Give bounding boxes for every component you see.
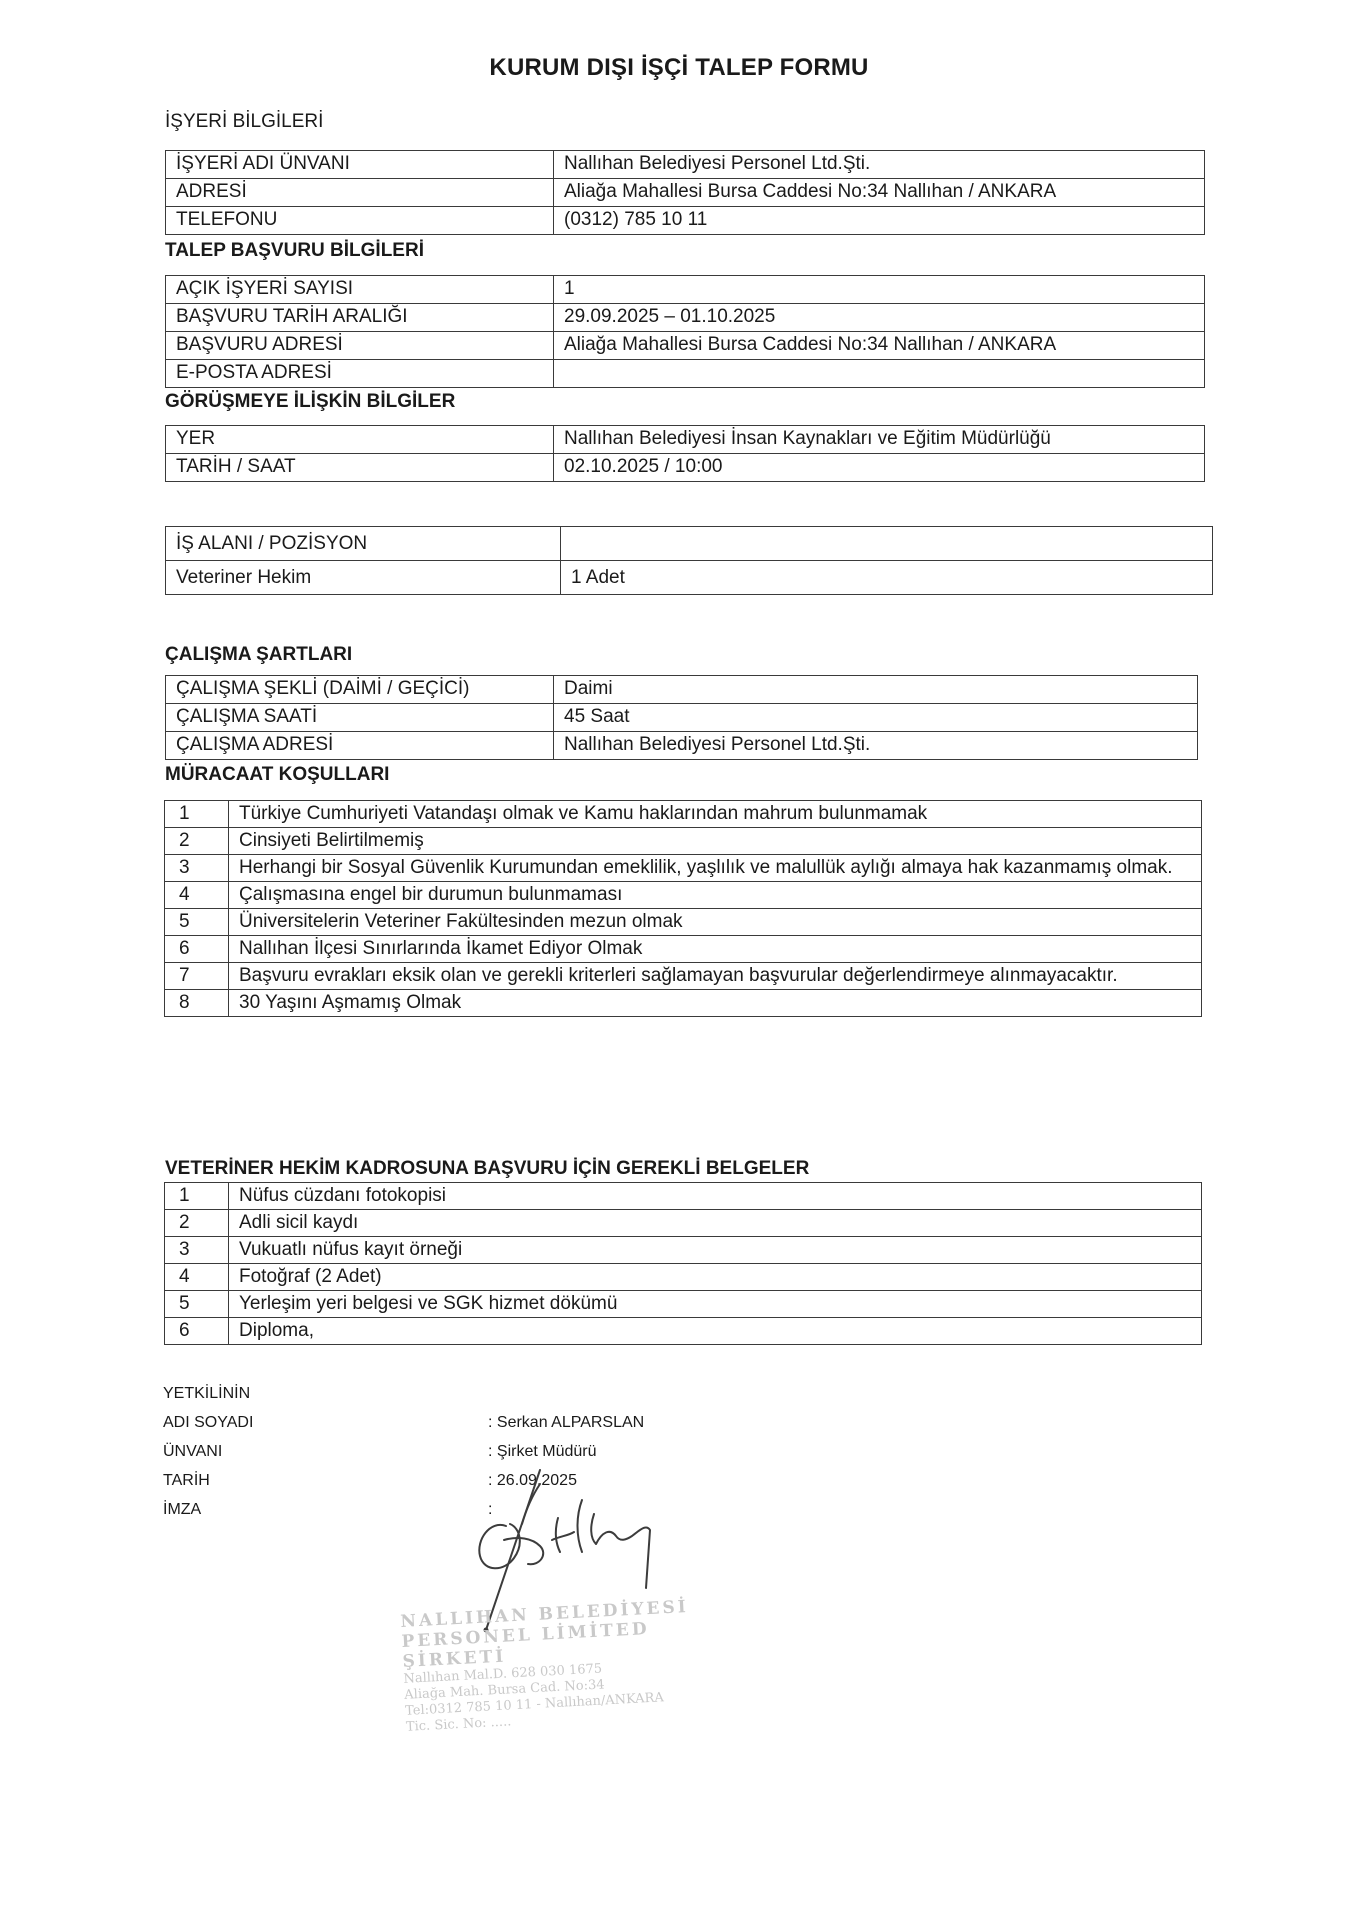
positions-header-value — [561, 527, 1213, 561]
table-row: E-POSTA ADRESİ — [166, 360, 1205, 388]
table-row: BAŞVURU ADRESİ Aliağa Mahallesi Bursa Ca… — [166, 332, 1205, 360]
table-header-row: İŞ ALANI / POZİSYON — [166, 527, 1213, 561]
interview-heading: GÖRÜŞMEYE İLİŞKİN BİLGİLER — [165, 391, 455, 413]
item-number: 4 — [165, 882, 229, 909]
item-text: 30 Yaşını Aşmamış Olmak — [229, 990, 1202, 1017]
row-value: Nallıhan Belediyesi Personel Ltd.Şti. — [554, 732, 1198, 760]
table-row: 6 Nallıhan İlçesi Sınırlarında İkamet Ed… — [165, 936, 1202, 963]
table-row: ÇALIŞMA ADRESİ Nallıhan Belediyesi Perso… — [166, 732, 1198, 760]
documents-table: 1 Nüfus cüzdanı fotokopisi 2 Adli sicil … — [164, 1182, 1202, 1345]
row-label: YER — [166, 426, 554, 454]
row-label: ÇALIŞMA SAATİ — [166, 704, 554, 732]
item-number: 2 — [165, 828, 229, 855]
title-label: ÜNVANI — [163, 1443, 222, 1461]
item-number: 3 — [165, 1237, 229, 1264]
row-label: ADRESİ — [166, 179, 554, 207]
item-number: 7 — [165, 963, 229, 990]
row-label: BAŞVURU ADRESİ — [166, 332, 554, 360]
row-label: AÇIK İŞYERİ SAYISI — [166, 276, 554, 304]
workplace-table: İŞYERİ ADI ÜNVANI Nallıhan Belediyesi Pe… — [165, 150, 1205, 235]
row-label: TARİH / SAAT — [166, 454, 554, 482]
item-text: Vukuatlı nüfus kayıt örneği — [229, 1237, 1202, 1264]
table-row: 4 Çalışmasına engel bir durumun bulunmam… — [165, 882, 1202, 909]
row-label: ÇALIŞMA ADRESİ — [166, 732, 554, 760]
item-number: 4 — [165, 1264, 229, 1291]
table-row: 4 Fotoğraf (2 Adet) — [165, 1264, 1202, 1291]
documents-heading: VETERİNER HEKİM KADROSUNA BAŞVURU İÇİN G… — [165, 1158, 809, 1180]
positions-header-label: İŞ ALANI / POZİSYON — [166, 527, 561, 561]
item-text: Fotoğraf (2 Adet) — [229, 1264, 1202, 1291]
application-table: AÇIK İŞYERİ SAYISI 1 BAŞVURU TARİH ARALI… — [165, 275, 1205, 388]
positions-table: İŞ ALANI / POZİSYON Veteriner Hekim 1 Ad… — [165, 526, 1213, 595]
table-row: 5 Üniversitelerin Veteriner Fakültesinde… — [165, 909, 1202, 936]
requirements-heading: MÜRACAAT KOŞULLARI — [165, 764, 389, 786]
table-row: 2 Cinsiyeti Belirtilmemiş — [165, 828, 1202, 855]
item-text: Çalışmasına engel bir durumun bulunmamas… — [229, 882, 1202, 909]
form-title: KURUM DIŞI İŞÇİ TALEP FORMU — [0, 54, 1358, 82]
row-value: Nallıhan Belediyesi Personel Ltd.Şti. — [554, 151, 1205, 179]
row-label: ÇALIŞMA ŞEKLİ (DAİMİ / GEÇİCİ) — [166, 676, 554, 704]
item-number: 6 — [165, 1318, 229, 1345]
row-value: Nallıhan Belediyesi İnsan Kaynakları ve … — [554, 426, 1205, 454]
row-label: BAŞVURU TARİH ARALIĞI — [166, 304, 554, 332]
table-row: TARİH / SAAT 02.10.2025 / 10:00 — [166, 454, 1205, 482]
position-count: 1 Adet — [561, 561, 1213, 595]
company-stamp: NALLIHAN BELEDİYESİ PERSONEL LİMİTED ŞİR… — [400, 1595, 736, 1736]
table-row: ÇALIŞMA SAATİ 45 Saat — [166, 704, 1198, 732]
table-row: BAŞVURU TARİH ARALIĞI 29.09.2025 – 01.10… — [166, 304, 1205, 332]
working-conditions-table: ÇALIŞMA ŞEKLİ (DAİMİ / GEÇİCİ) Daimi ÇAL… — [165, 675, 1198, 760]
working-conditions-heading: ÇALIŞMA ŞARTLARI — [165, 644, 352, 666]
table-row: 1 Nüfus cüzdanı fotokopisi — [165, 1183, 1202, 1210]
table-row: 8 30 Yaşını Aşmamış Olmak — [165, 990, 1202, 1017]
table-row: 3 Herhangi bir Sosyal Güvenlik Kurumunda… — [165, 855, 1202, 882]
table-row: 6 Diploma, — [165, 1318, 1202, 1345]
table-row: 7 Başvuru evrakları eksik olan ve gerekl… — [165, 963, 1202, 990]
row-value — [554, 360, 1205, 388]
table-row: TELEFONU (0312) 785 10 11 — [166, 207, 1205, 235]
item-number: 5 — [165, 1291, 229, 1318]
item-text: Adli sicil kaydı — [229, 1210, 1202, 1237]
table-row: ADRESİ Aliağa Mahallesi Bursa Caddesi No… — [166, 179, 1205, 207]
item-number: 5 — [165, 909, 229, 936]
authorized-heading: YETKİLİNİN — [163, 1385, 250, 1403]
row-value: 1 — [554, 276, 1205, 304]
item-number: 6 — [165, 936, 229, 963]
row-value: Daimi — [554, 676, 1198, 704]
item-text: Nallıhan İlçesi Sınırlarında İkamet Ediy… — [229, 936, 1202, 963]
item-text: Cinsiyeti Belirtilmemiş — [229, 828, 1202, 855]
item-text: Türkiye Cumhuriyeti Vatandaşı olmak ve K… — [229, 801, 1202, 828]
item-text: Başvuru evrakları eksik olan ve gerekli … — [229, 963, 1202, 990]
table-row: Veteriner Hekim 1 Adet — [166, 561, 1213, 595]
item-text: Yerleşim yeri belgesi ve SGK hizmet dökü… — [229, 1291, 1202, 1318]
item-text: Üniversitelerin Veteriner Fakültesinden … — [229, 909, 1202, 936]
row-value: Aliağa Mahallesi Bursa Caddesi No:34 Nal… — [554, 332, 1205, 360]
table-row: ÇALIŞMA ŞEKLİ (DAİMİ / GEÇİCİ) Daimi — [166, 676, 1198, 704]
name-value: : Serkan ALPARSLAN — [488, 1414, 644, 1432]
row-value: (0312) 785 10 11 — [554, 207, 1205, 235]
table-row: 2 Adli sicil kaydı — [165, 1210, 1202, 1237]
row-value: 45 Saat — [554, 704, 1198, 732]
row-label: İŞYERİ ADI ÜNVANI — [166, 151, 554, 179]
row-value: 02.10.2025 / 10:00 — [554, 454, 1205, 482]
table-row: AÇIK İŞYERİ SAYISI 1 — [166, 276, 1205, 304]
item-number: 2 — [165, 1210, 229, 1237]
table-row: 3 Vukuatlı nüfus kayıt örneği — [165, 1237, 1202, 1264]
position-name: Veteriner Hekim — [166, 561, 561, 595]
application-heading: TALEP BAŞVURU BİLGİLERİ — [165, 240, 424, 262]
table-row: 5 Yerleşim yeri belgesi ve SGK hizmet dö… — [165, 1291, 1202, 1318]
table-row: İŞYERİ ADI ÜNVANI Nallıhan Belediyesi Pe… — [166, 151, 1205, 179]
item-text: Nüfus cüzdanı fotokopisi — [229, 1183, 1202, 1210]
item-number: 3 — [165, 855, 229, 882]
item-text: Diploma, — [229, 1318, 1202, 1345]
table-row: YER Nallıhan Belediyesi İnsan Kaynakları… — [166, 426, 1205, 454]
item-number: 8 — [165, 990, 229, 1017]
signature-label: İMZA — [163, 1501, 201, 1519]
date-label: TARİH — [163, 1472, 210, 1490]
row-value: Aliağa Mahallesi Bursa Caddesi No:34 Nal… — [554, 179, 1205, 207]
item-number: 1 — [165, 801, 229, 828]
name-label: ADI SOYADI — [163, 1414, 253, 1432]
workplace-heading: İŞYERİ BİLGİLERİ — [165, 111, 323, 133]
item-text: Herhangi bir Sosyal Güvenlik Kurumundan … — [229, 855, 1202, 882]
row-label: TELEFONU — [166, 207, 554, 235]
interview-table: YER Nallıhan Belediyesi İnsan Kaynakları… — [165, 425, 1205, 482]
row-label: E-POSTA ADRESİ — [166, 360, 554, 388]
requirements-table: 1 Türkiye Cumhuriyeti Vatandaşı olmak ve… — [164, 800, 1202, 1017]
row-value: 29.09.2025 – 01.10.2025 — [554, 304, 1205, 332]
table-row: 1 Türkiye Cumhuriyeti Vatandaşı olmak ve… — [165, 801, 1202, 828]
item-number: 1 — [165, 1183, 229, 1210]
